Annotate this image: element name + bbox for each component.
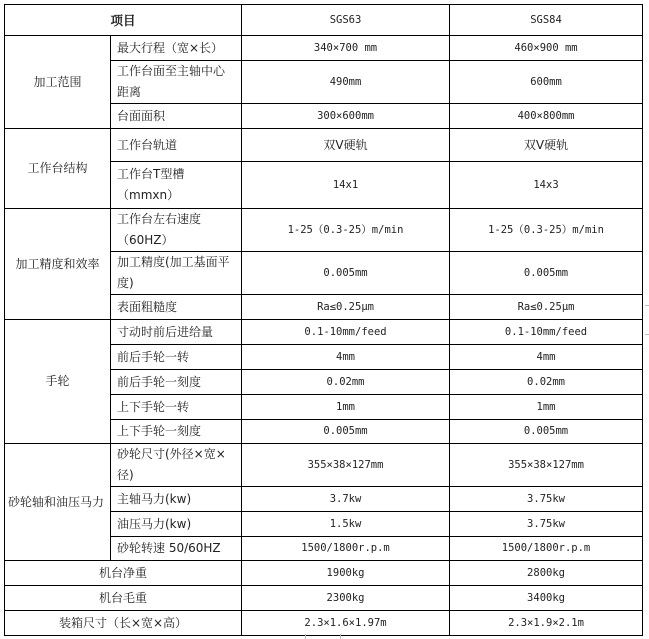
table-row: 砂轮轴和油压马力 砂轮尺寸(外径×宽×径) 355×38×127mm 355×3… [5,444,643,487]
row-label: 主轴马力(kw) [111,487,242,512]
summary-row: 机台净重 1900kg 2800kg [5,561,643,586]
value-b: 14x3 [450,162,643,209]
value-b: 0.005mm [450,252,643,295]
row-label: 油压马力(kw) [111,512,242,537]
category-cell: 加工范围 [5,36,111,129]
value-b: 4mm [450,345,643,370]
row-label: 寸动时前后进给量 [111,320,242,345]
row-label: 最大行程（宽×长） [111,36,242,61]
value-b: 1500/1800r.p.m [450,537,643,561]
value-b: 2.3×1.9×2.1m [450,611,643,636]
row-label: 砂轮转速 50/60HZ [111,537,242,561]
value-a: Ra≤0.25μm [242,295,450,320]
value-a: 340×700 mm [242,36,450,61]
value-a: 0.005mm [242,420,450,444]
summary-label: 机台净重 [5,561,242,586]
value-a: 双V硬轨 [242,129,450,162]
header-row: 项目 SGS63 SGS84 [5,5,643,36]
value-a: 300×600mm [242,104,450,129]
category-cell: 手轮 [5,320,111,444]
row-label: 工作台左右速度（60HZ） [111,209,242,252]
table-row: 加工范围 最大行程（宽×长） 340×700 mm 460×900 mm [5,36,643,61]
edge-artifact [645,334,649,335]
value-b: 3.75kw [450,512,643,537]
value-b: 460×900 mm [450,36,643,61]
value-b: 1-25（0.3-25）m/min [450,209,643,252]
edge-artifact [645,305,649,306]
value-a: 355×38×127mm [242,444,450,487]
value-b: Ra≤0.25μm [450,295,643,320]
value-b: 400×800mm [450,104,643,129]
value-a: 1500/1800r.p.m [242,537,450,561]
value-b: 600mm [450,61,643,104]
row-label: 砂轮尺寸(外径×宽×径) [111,444,242,487]
header-model-a: SGS63 [242,5,450,36]
value-b: 0.1-10mm/feed [450,320,643,345]
value-b: 1mm [450,395,643,420]
table-row: 加工精度和效率 工作台左右速度（60HZ） 1-25（0.3-25）m/min … [5,209,643,252]
row-label: 上下手轮一刻度 [111,420,242,444]
row-label: 上下手轮一转 [111,395,242,420]
value-a: 0.02mm [242,370,450,395]
value-b: 3400kg [450,586,643,611]
value-b: 3.75kw [450,487,643,512]
spec-table: 项目 SGS63 SGS84 加工范围 最大行程（宽×长） 340×700 mm… [4,4,643,636]
row-label: 前后手轮一刻度 [111,370,242,395]
summary-label: 机台毛重 [5,586,242,611]
edge-artifact [305,634,306,639]
table-row: 手轮 寸动时前后进给量 0.1-10mm/feed 0.1-10mm/feed [5,320,643,345]
row-label: 台面面积 [111,104,242,129]
value-a: 1.5kw [242,512,450,537]
value-b: 0.02mm [450,370,643,395]
value-b: 2800kg [450,561,643,586]
value-b: 0.005mm [450,420,643,444]
value-b: 355×38×127mm [450,444,643,487]
header-item: 项目 [5,5,242,36]
value-a: 14x1 [242,162,450,209]
category-cell: 工作台结构 [5,129,111,209]
row-label: 工作台T型槽（mmxn） [111,162,242,209]
row-label: 表面粗糙度 [111,295,242,320]
header-model-b: SGS84 [450,5,643,36]
row-label: 工作台轨道 [111,129,242,162]
value-a: 3.7kw [242,487,450,512]
value-a: 2.3×1.6×1.97m [242,611,450,636]
category-cell: 加工精度和效率 [5,209,111,320]
category-cell: 砂轮轴和油压马力 [5,444,111,561]
value-a: 1mm [242,395,450,420]
row-label: 工作台面至主轴中心距离 [111,61,242,104]
value-a: 2300kg [242,586,450,611]
summary-row: 装箱尺寸（长×宽×高） 2.3×1.6×1.97m 2.3×1.9×2.1m [5,611,643,636]
summary-row: 机台毛重 2300kg 3400kg [5,586,643,611]
row-label: 加工精度(加工基面平度) [111,252,242,295]
value-b: 双V硬轨 [450,129,643,162]
value-a: 1900kg [242,561,450,586]
value-a: 0.005mm [242,252,450,295]
summary-label: 装箱尺寸（长×宽×高） [5,611,242,636]
value-a: 0.1-10mm/feed [242,320,450,345]
row-label: 前后手轮一转 [111,345,242,370]
value-a: 1-25（0.3-25）m/min [242,209,450,252]
value-a: 4mm [242,345,450,370]
value-a: 490mm [242,61,450,104]
table-row: 工作台结构 工作台轨道 双V硬轨 双V硬轨 [5,129,643,162]
edge-artifact [340,634,341,639]
